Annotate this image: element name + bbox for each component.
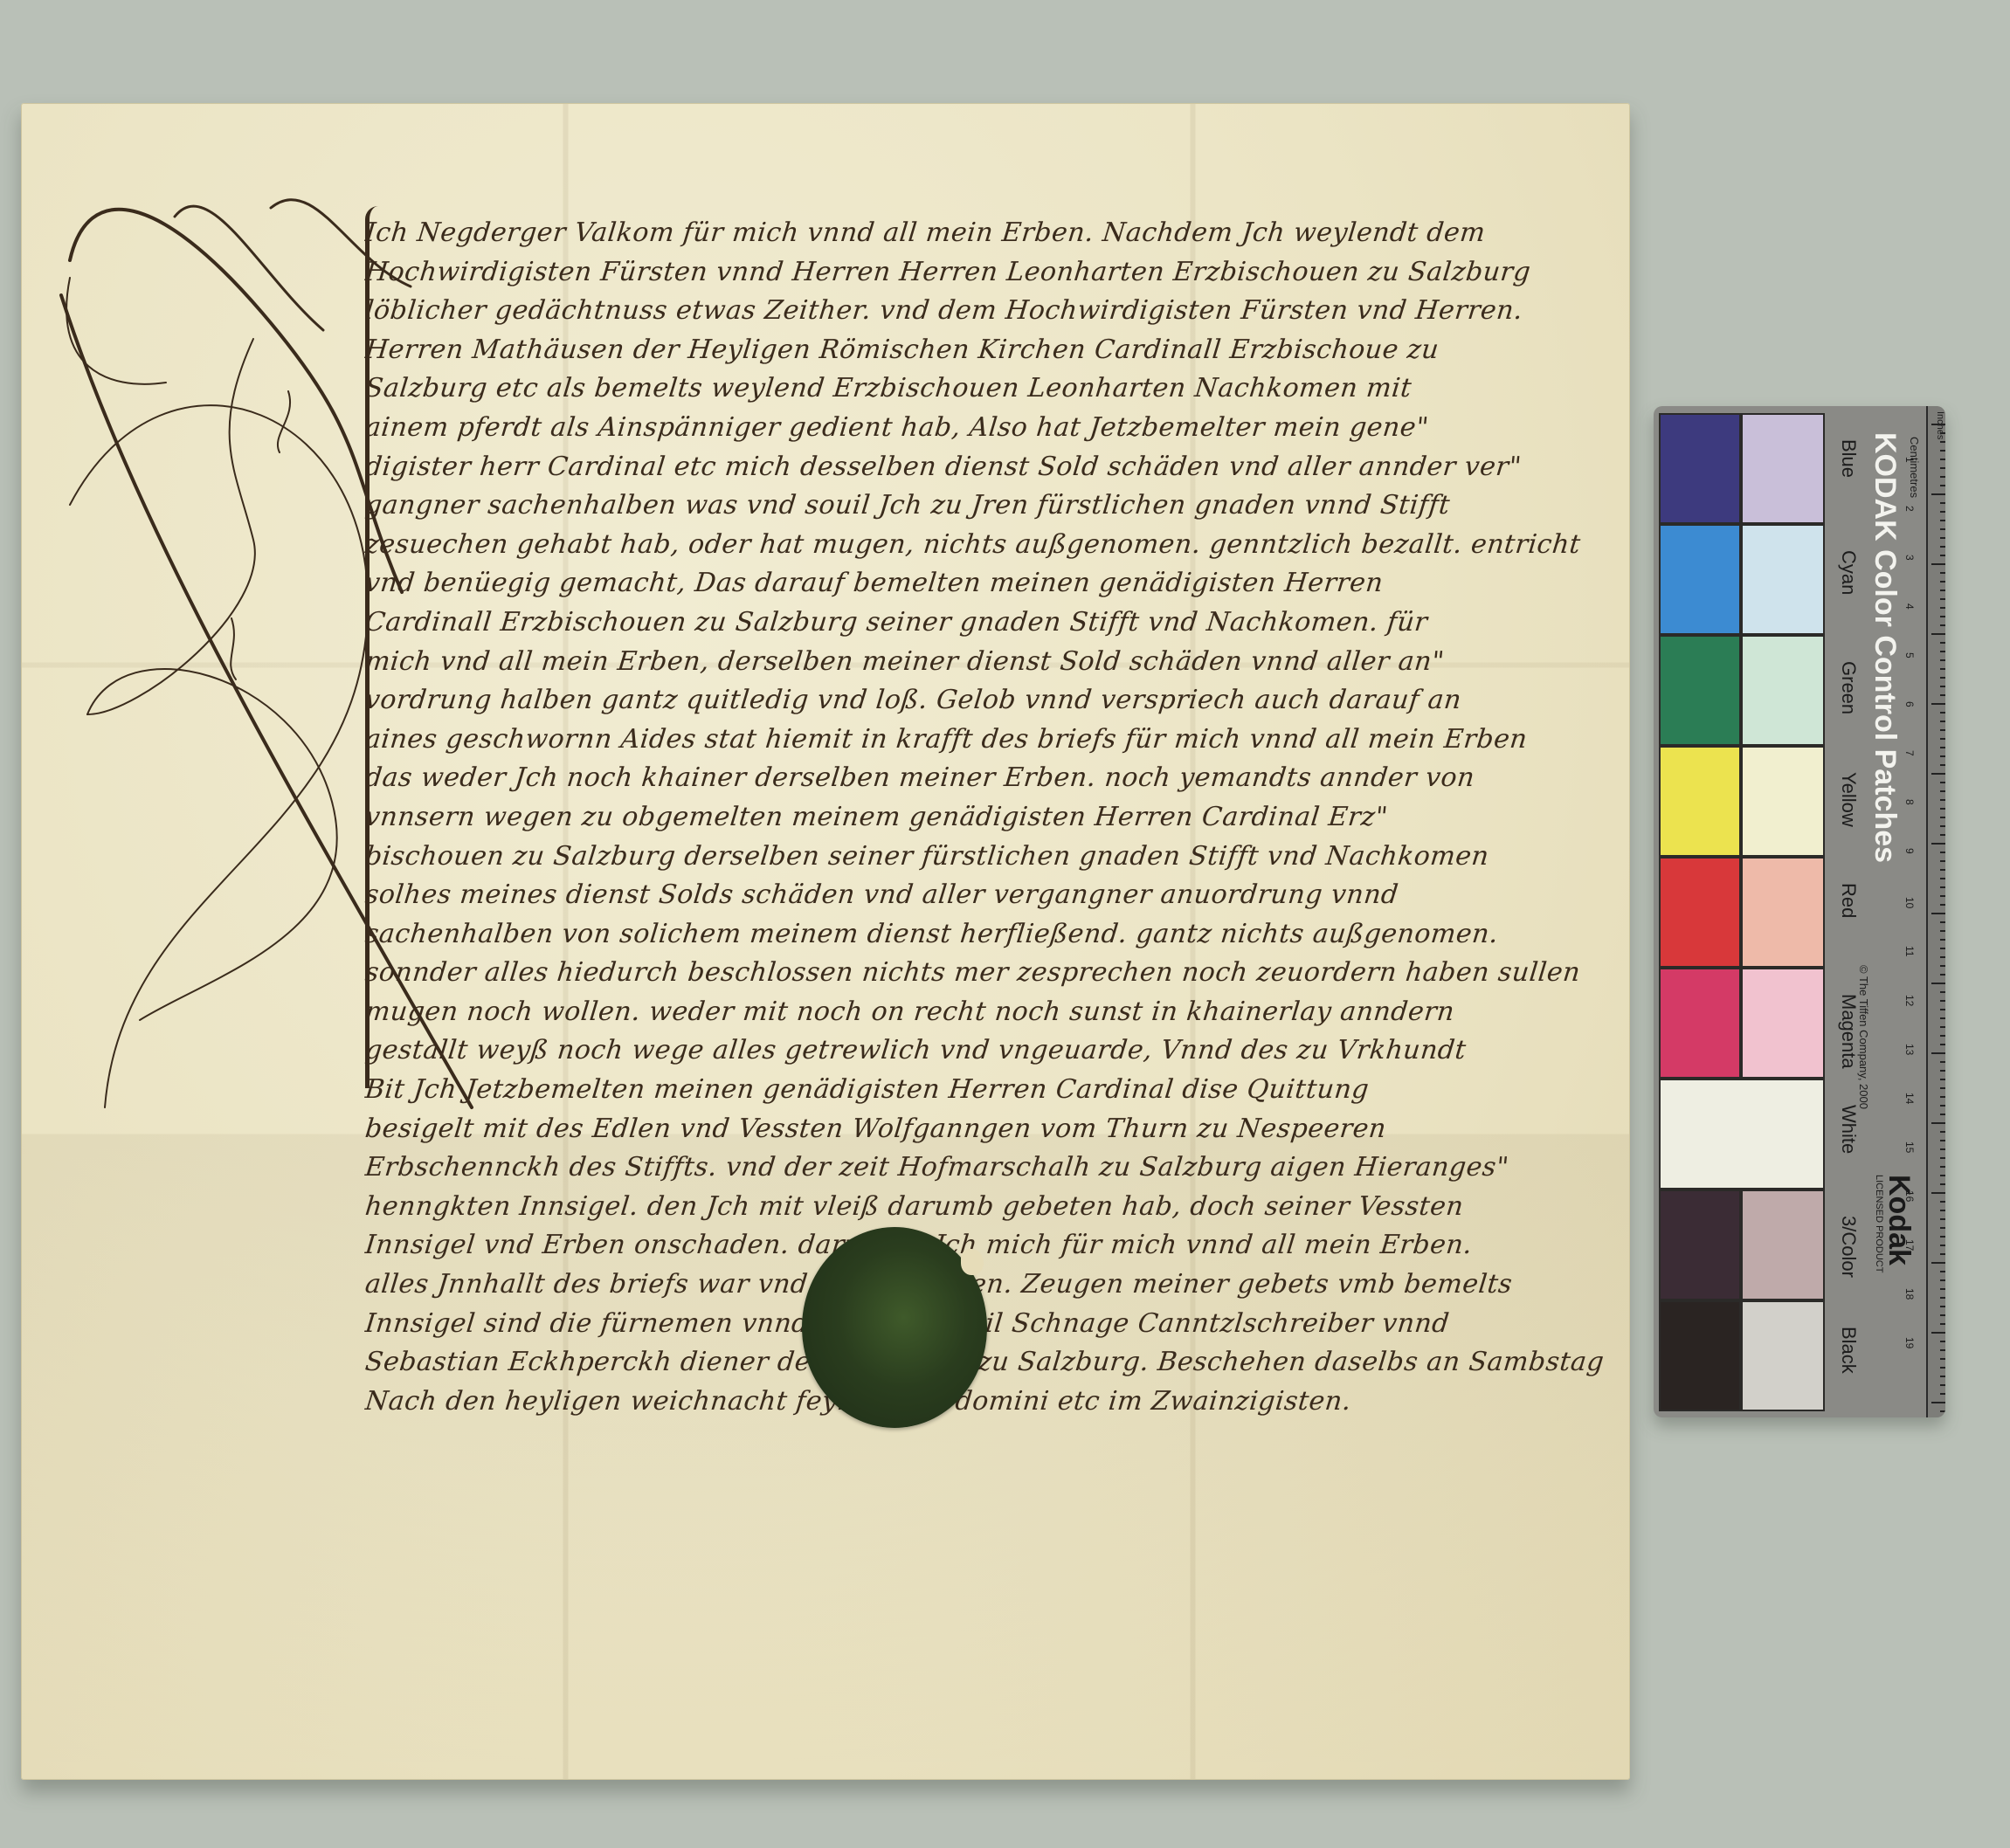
cm-tick-label: 19 [1903,1337,1916,1348]
card-title: KODAK Color Control Patches [1868,432,1902,863]
text-line: Sebastian Eckhperckh diener der Canntzla… [363,1343,1608,1383]
text-line: mich vnd all mein Erben, derselben meine… [363,643,1608,682]
text-line: alles Jnnhallt des briefs war vnd stat z… [363,1265,1608,1305]
text-line: Nach den heyligen weichnacht feyrn Anno … [363,1383,1608,1422]
kodak-logo: Kodak [1882,1175,1916,1265]
cm-tick-label: 7 [1903,750,1916,756]
patch-blue-light [1741,413,1825,524]
patch-white [1659,1079,1825,1189]
cm-tick-label: 3 [1903,555,1916,561]
patch-red-light [1741,857,1825,968]
patch-yellow-light [1741,746,1825,857]
patch-label: White [1837,1105,1860,1154]
patch-blue-dark [1659,413,1741,524]
cm-tick-label: 8 [1903,799,1916,805]
text-line: gangner sachenhalben was vnd souil Jch z… [363,486,1608,526]
text-line: vnnsern wegen zu obgemelten meinem genäd… [363,798,1608,838]
cm-tick-label: 13 [1903,1044,1916,1055]
text-line: solhes meines dienst Solds schäden vnd a… [363,876,1608,915]
cm-tick-label: 18 [1903,1288,1916,1300]
patch-label: Cyan [1837,550,1860,595]
text-line: sachenhalben von solichem meinem dienst … [363,915,1608,955]
patch-label: Magenta [1837,994,1860,1069]
text-line: Erbschennckh des Stiffts. vnd der zeit H… [363,1148,1608,1188]
text-line: bischouen zu Salzburg derselben seiner f… [363,838,1608,877]
text-line: Hochwirdigisten Fürsten vnnd Herren Herr… [363,253,1608,293]
cm-tick-label: 11 [1903,946,1916,956]
patch-yellow-dark [1659,746,1741,857]
cm-tick-label: 4 [1903,603,1916,610]
cm-tick-label: 16 [1903,1190,1916,1202]
patch-magenta-light [1741,968,1825,1079]
wax-seal-chip [961,1249,984,1275]
text-line: Innsigel vnd Erben onschaden. darunder J… [363,1226,1608,1265]
cm-tick-label: 1 [1903,457,1916,463]
cm-tick-label: 9 [1903,848,1916,854]
patch-label: 3/Color [1837,1216,1860,1278]
text-line: sonnder alles hiedurch beschlossen nicht… [363,954,1608,993]
cm-tick-label: 10 [1903,897,1916,908]
patch-black-dark [1659,1300,1741,1411]
cm-tick-label: 15 [1903,1141,1916,1153]
cm-tick-label: 6 [1903,701,1916,707]
patch-label: Yellow [1837,772,1860,827]
cm-tick-label: 5 [1903,652,1916,659]
text-line: das weder Jch noch khainer derselben mei… [363,759,1608,798]
text-line: ainem pferdt als Ainspänniger gedient ha… [363,409,1608,448]
kodak-color-control-card: KODAK Color Control Patches © The Tiffen… [1654,406,1945,1417]
handwritten-text-block: Ich Negderger Valkom für mich vnnd all m… [365,214,1606,1421]
text-line: gestallt weyß noch wege alles getrewlich… [363,1031,1608,1071]
patch-3-color-dark [1659,1189,1741,1300]
cm-tick-label: 12 [1903,995,1916,1006]
patch-red-dark [1659,857,1741,968]
patch-label: Black [1837,1327,1860,1374]
text-line: Herren Mathäusen der Heyligen Römischen … [363,331,1608,370]
text-line: besigelt mit des Edlen vnd Vessten Wolfg… [363,1110,1608,1149]
text-line: digister herr Cardinal etc mich desselbe… [363,448,1608,487]
patch-label: Red [1837,883,1860,918]
ruler: Inches [1926,406,1945,1417]
text-line: zesuechen gehabt hab, oder hat mugen, ni… [363,526,1608,565]
patch-label: Green [1837,661,1860,714]
cm-tick-label: 17 [1903,1239,1916,1251]
patch-label: Blue [1837,439,1860,478]
patch-black-light [1741,1300,1825,1411]
centimetres-label: Centimetres [1908,437,1921,498]
patch-3-color-light [1741,1189,1825,1300]
text-line: vordrung halben gantz quitledig vnd loß.… [363,681,1608,721]
cm-tick-label: 14 [1903,1093,1916,1104]
text-line: Bit Jch Jetzbemelten meinen genädigisten… [363,1071,1608,1110]
text-line: aines geschwornn Aides stat hiemit in kr… [363,721,1608,760]
patch-green-light [1741,635,1825,746]
wax-seal [802,1227,987,1428]
text-line: Ich Negderger Valkom für mich vnnd all m… [363,214,1608,253]
text-line: Salzburg etc als bemelts weylend Erzbisc… [363,369,1608,409]
patch-green-dark [1659,635,1741,746]
cm-tick-label: 2 [1903,506,1916,512]
inches-label: Inches [1935,411,1945,439]
licensed-product-label: LICENSED PRODUCT [1874,1175,1884,1272]
patch-cyan-dark [1659,524,1741,635]
patch-cyan-light [1741,524,1825,635]
text-line: mugen noch wollen. weder mit noch on rec… [363,993,1608,1032]
text-line: löblicher gedächtnuss etwas Zeither. vnd… [363,292,1608,331]
text-line: Cardinall Erzbischouen zu Salzburg seine… [363,603,1608,643]
text-line: vnd benüegig gemacht, Das darauf bemelte… [363,564,1608,603]
text-line: henngkten Innsigel. den Jch mit vleiß da… [363,1188,1608,1227]
patch-magenta-dark [1659,968,1741,1079]
